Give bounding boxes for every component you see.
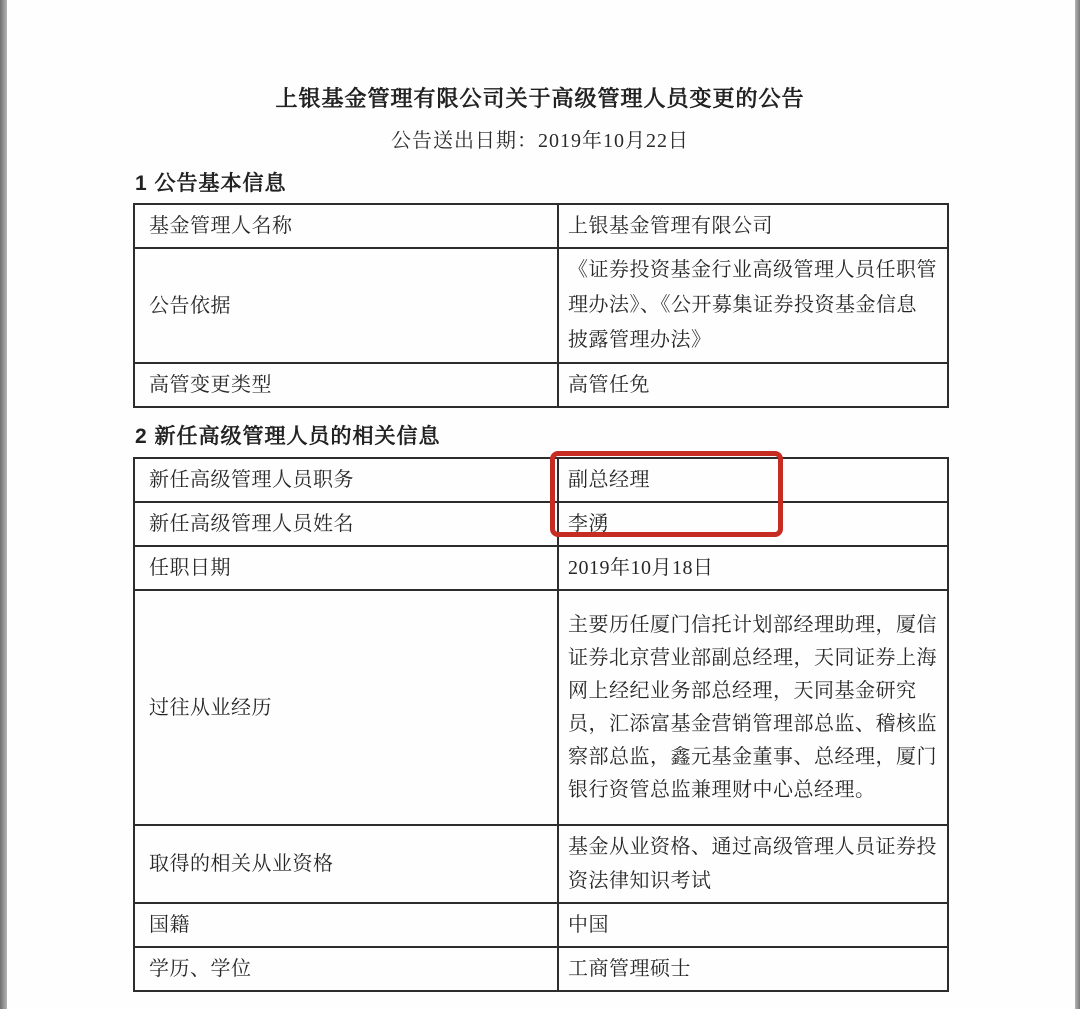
- row-label: 新任高级管理人员姓名: [134, 502, 558, 546]
- table-row: 新任高级管理人员姓名李湧: [134, 502, 948, 546]
- document-title: 上银基金管理有限公司关于高级管理人员变更的公告: [0, 82, 1080, 113]
- new-manager-info-table: 新任高级管理人员职务副总经理新任高级管理人员姓名李湧任职日期2019年10月18…: [133, 457, 949, 992]
- table-row: 取得的相关从业资格基金从业资格、通过高级管理人员证券投资法律知识考试: [134, 825, 948, 903]
- row-value: 李湧: [558, 502, 948, 546]
- document-page: 上银基金管理有限公司关于高级管理人员变更的公告 公告送出日期：2019年10月2…: [0, 0, 1080, 1009]
- row-label: 高管变更类型: [134, 363, 558, 407]
- row-value: 上银基金管理有限公司: [558, 204, 948, 248]
- row-value: 中国: [558, 903, 948, 947]
- row-value: 高管任免: [558, 363, 948, 407]
- row-value: 副总经理: [558, 458, 948, 502]
- row-label: 过往从业经历: [134, 590, 558, 825]
- table-row: 高管变更类型高管任免: [134, 363, 948, 407]
- section-2-heading: 2 新任高级管理人员的相关信息: [135, 420, 441, 450]
- document-date-line: 公告送出日期：2019年10月22日: [0, 124, 1080, 153]
- row-label: 任职日期: [134, 546, 558, 590]
- table-row: 公告依据《证券投资基金行业高级管理人员任职管理办法》、《公开募集证券投资基金信息…: [134, 248, 948, 363]
- row-label: 公告依据: [134, 248, 558, 363]
- table-row: 基金管理人名称上银基金管理有限公司: [134, 204, 948, 248]
- table-row: 过往从业经历主要历任厦门信托计划部经理助理，厦信证券北京营业部副总经理，天同证券…: [134, 590, 948, 825]
- row-label: 国籍: [134, 903, 558, 947]
- row-label: 取得的相关从业资格: [134, 825, 558, 903]
- row-label: 学历、学位: [134, 947, 558, 991]
- row-value: 2019年10月18日: [558, 546, 948, 590]
- section-1-heading: 1 公告基本信息: [135, 167, 287, 197]
- table-row: 新任高级管理人员职务副总经理: [134, 458, 948, 502]
- table-row: 任职日期2019年10月18日: [134, 546, 948, 590]
- row-value: 工商管理硕士: [558, 947, 948, 991]
- row-value: 主要历任厦门信托计划部经理助理，厦信证券北京营业部副总经理，天同证券上海网上经纪…: [558, 590, 948, 825]
- table-row: 国籍中国: [134, 903, 948, 947]
- row-label: 基金管理人名称: [134, 204, 558, 248]
- row-value: 基金从业资格、通过高级管理人员证券投资法律知识考试: [558, 825, 948, 903]
- basic-info-table: 基金管理人名称上银基金管理有限公司公告依据《证券投资基金行业高级管理人员任职管理…: [133, 203, 949, 408]
- row-value: 《证券投资基金行业高级管理人员任职管理办法》、《公开募集证券投资基金信息披露管理…: [558, 248, 948, 363]
- row-label: 新任高级管理人员职务: [134, 458, 558, 502]
- table-row: 学历、学位工商管理硕士: [134, 947, 948, 991]
